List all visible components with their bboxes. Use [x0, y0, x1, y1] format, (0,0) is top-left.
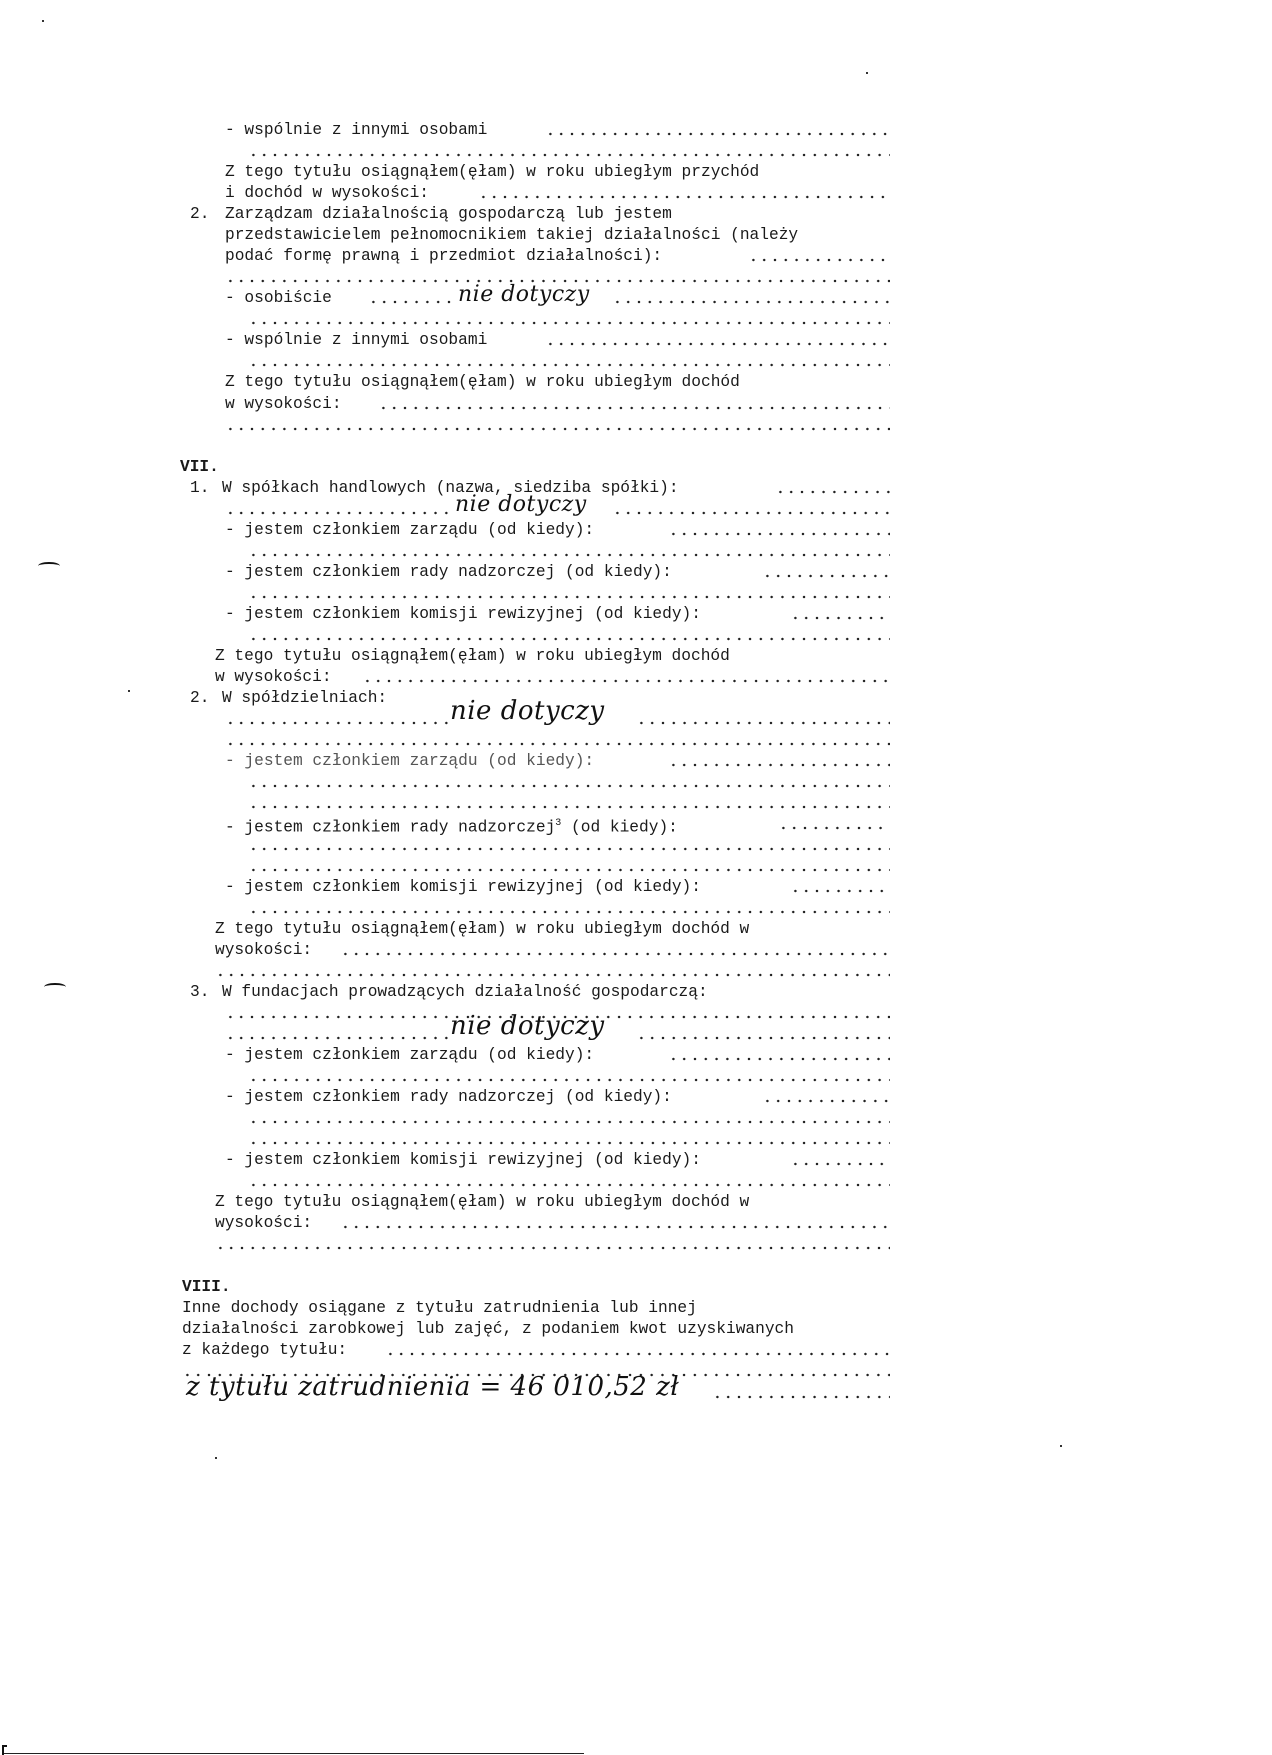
commercial-companies-label: W spółkach handlowych (nazwa, siedziba s…: [222, 478, 679, 498]
income-statement-line1: Z tego tytułu osiągnąłem(ęłam) w roku ub…: [215, 1192, 749, 1212]
income-statement-line1: Z tego tytułu osiągnąłem(ęłam) w roku ub…: [225, 372, 740, 392]
fill-line: [248, 868, 890, 872]
fill-line: [385, 1352, 890, 1356]
audit-committee-label: - jestem członkiem komisji rewizyjnej (o…: [225, 1150, 701, 1170]
fill-line: [668, 763, 890, 767]
income-statement-line2: i dochód w wysokości:: [225, 183, 429, 203]
fill-line: [340, 1225, 890, 1229]
handwritten-income-entry: z tytułu zatrudnienia = 46 010,52 zł: [186, 1372, 679, 1402]
income-statement-line2: wysokości:: [215, 940, 312, 960]
fill-line: [612, 511, 890, 515]
fill-line: [362, 679, 890, 683]
fill-line: [636, 1036, 890, 1040]
foundations-label: W fundacjach prowadzących działalność go…: [222, 982, 708, 1002]
fill-line: [668, 532, 890, 536]
income-statement-line1: Z tego tytułu osiągnąłem(ęłam) w roku ub…: [215, 646, 730, 666]
audit-committee-label: - jestem członkiem komisji rewizyjnej (o…: [225, 604, 701, 624]
income-statement-line2: wysokości:: [215, 1213, 312, 1233]
fill-line: [762, 574, 890, 578]
handwritten-answer: nie dotyczy: [455, 490, 587, 520]
business-management-line2: przedstawicielem pełnomocnikiem takiej d…: [225, 225, 798, 245]
income-statement-line2: w wysokości:: [225, 394, 342, 414]
scan-artifact-mark: [38, 562, 60, 570]
supervisory-board-label: - jestem członkiem rady nadzorczej3 (od …: [225, 814, 678, 837]
fill-line: [248, 363, 890, 367]
fill-line: [545, 132, 890, 136]
scan-speck: [215, 1457, 217, 1459]
fill-line: [248, 1120, 890, 1124]
audit-committee-label: - jestem członkiem komisji rewizyjnej (o…: [225, 877, 701, 897]
handwritten-answer: nie dotyczy: [450, 696, 605, 726]
fill-line: [248, 847, 890, 851]
fill-line: [225, 721, 450, 725]
fill-line: [225, 427, 890, 431]
income-statement-line1: Z tego tytułu osiągnąłem(ęłam) w roku ub…: [215, 919, 749, 939]
fill-line: [248, 321, 890, 325]
board-member-label: - jestem członkiem zarządu (od kiedy):: [225, 1045, 594, 1065]
scan-speck: [42, 20, 44, 22]
fill-line: [790, 616, 890, 620]
fill-line: [668, 1057, 890, 1061]
fill-line: [248, 553, 890, 557]
scan-bottom-edge: [4, 1753, 584, 1754]
income-statement-line2: w wysokości:: [215, 667, 332, 687]
item-number: 3.: [190, 982, 209, 1002]
other-income-line2: działalności zarobkowej lub zajęć, z pod…: [182, 1319, 794, 1339]
fill-line: [778, 826, 886, 830]
fill-line: [248, 784, 890, 788]
fill-line: [790, 889, 890, 893]
section-heading-vii: VII.: [180, 457, 219, 477]
scan-artifact-mark: [44, 983, 66, 991]
fill-line: [612, 300, 890, 304]
fill-line: [478, 195, 890, 199]
scan-speck: [1060, 1445, 1062, 1447]
scanned-declaration-page: - wspólnie z innymi osobami Z tego tytuł…: [0, 0, 1272, 1755]
fill-line: [248, 1141, 890, 1145]
fill-line: [225, 1036, 450, 1040]
fill-line: [775, 490, 890, 494]
fill-line: [225, 511, 455, 515]
fill-line: [215, 973, 890, 977]
fill-line: [248, 1183, 890, 1187]
income-statement-line1: Z tego tytułu osiągnąłem(ęłam) w roku ub…: [225, 162, 759, 182]
item-number: 1.: [190, 478, 209, 498]
board-member-label: - jestem członkiem zarządu (od kiedy):: [225, 751, 594, 771]
fill-line: [248, 637, 890, 641]
business-management-line1: Zarządzam działalnością gospodarczą lub …: [225, 204, 672, 224]
fill-line: [545, 342, 890, 346]
fill-line: [790, 1162, 890, 1166]
item-number: 2.: [190, 688, 209, 708]
fill-line: [340, 952, 890, 956]
handwritten-answer: nie dotyczy: [458, 280, 590, 310]
supervisory-board-text: - jestem członkiem rady nadzorczej: [225, 818, 555, 836]
fill-line: [248, 805, 890, 809]
fill-line: [368, 300, 458, 304]
supervisory-board-label: - jestem członkiem rady nadzorczej (od k…: [225, 1087, 672, 1107]
fill-line: [636, 721, 890, 725]
fill-line: [248, 910, 890, 914]
supervisory-board-suffix: (od kiedy):: [561, 818, 678, 836]
jointly-label: - wspólnie z innymi osobami: [225, 120, 487, 140]
jointly-label: - wspólnie z innymi osobami: [225, 330, 487, 350]
business-management-line3: podać formę prawną i przedmiot działalno…: [225, 246, 662, 266]
item-number: 2.: [190, 204, 209, 224]
section-heading-viii: VIII.: [182, 1277, 231, 1297]
scan-speck: [866, 72, 868, 74]
board-member-label: - jestem członkiem zarządu (od kiedy):: [225, 520, 594, 540]
fill-line: [378, 406, 890, 410]
cooperatives-label: W spółdzielniach:: [222, 688, 387, 708]
other-income-line3: z każdego tytułu:: [182, 1340, 347, 1360]
fill-line: [248, 1078, 890, 1082]
fill-line: [748, 258, 890, 262]
handwritten-answer: nie dotyczy: [450, 1011, 605, 1041]
fill-line: [248, 595, 890, 599]
fill-line: [712, 1395, 890, 1399]
fill-line: [215, 1246, 890, 1250]
fill-line: [248, 153, 890, 157]
supervisory-board-label: - jestem członkiem rady nadzorczej (od k…: [225, 562, 672, 582]
personally-label: - osobiście: [225, 288, 332, 308]
scan-speck: [128, 690, 130, 692]
fill-line: [762, 1099, 890, 1103]
fill-line: [225, 742, 890, 746]
other-income-line1: Inne dochody osiągane z tytułu zatrudnie…: [182, 1298, 697, 1318]
